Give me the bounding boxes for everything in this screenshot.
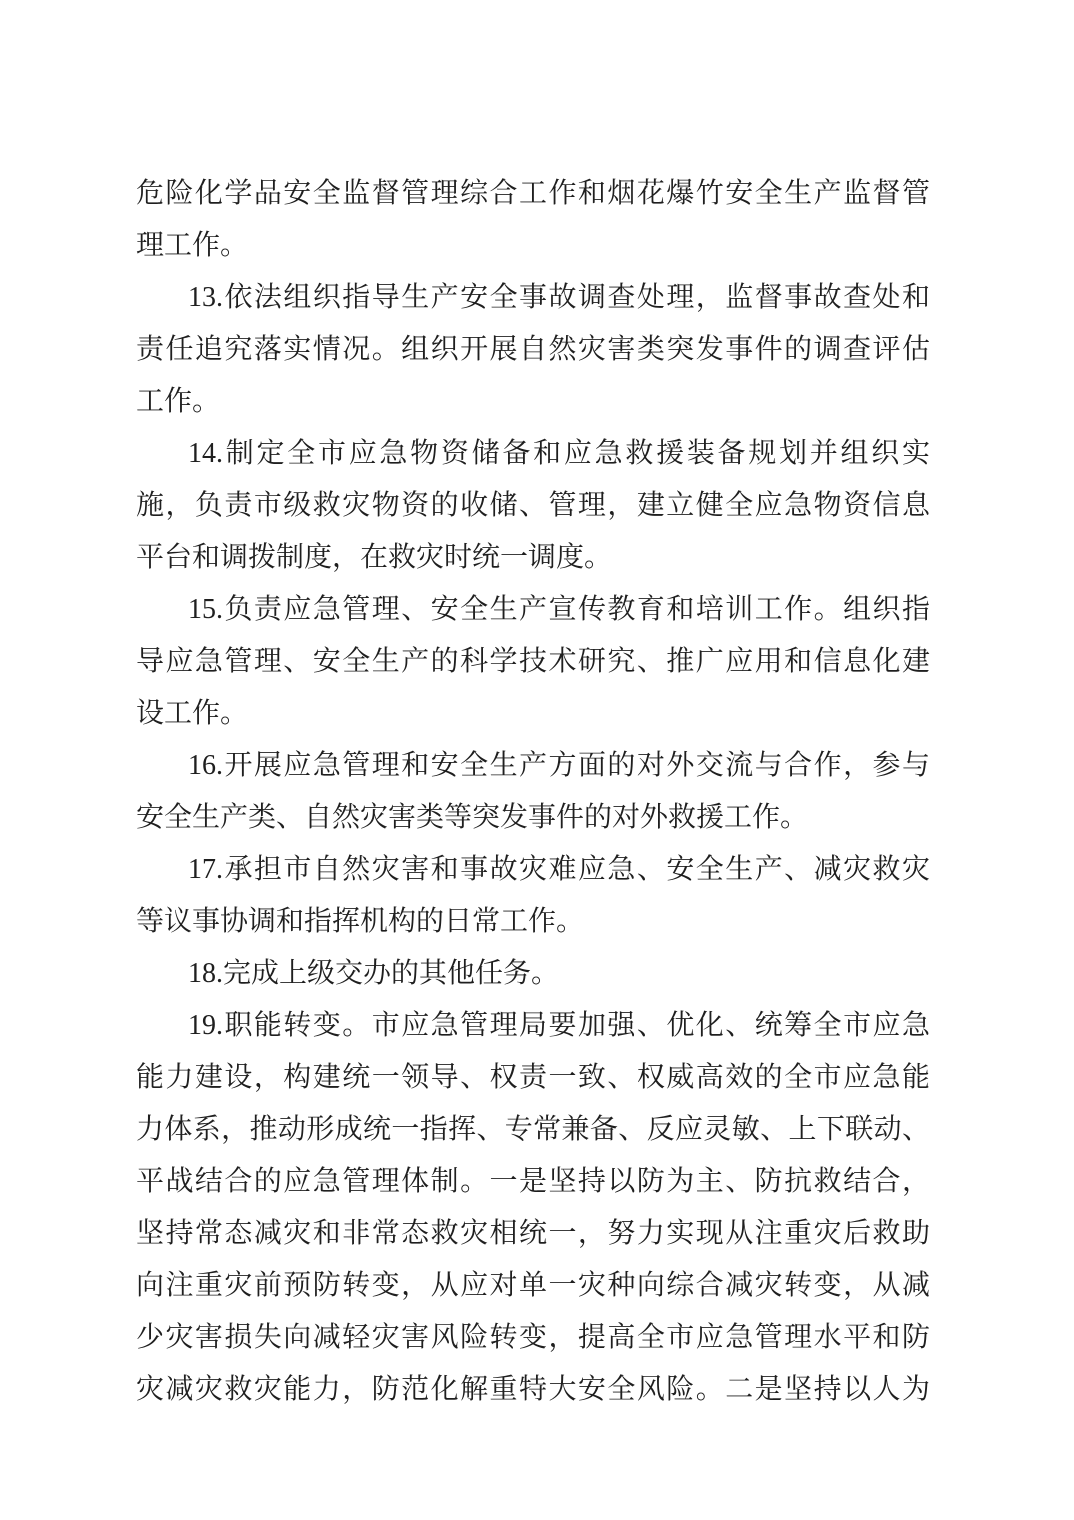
document-line: 工作。	[136, 376, 930, 428]
document-line: 坚持常态减灾和非常态救灾相统一，努力实现从注重灾后救助	[136, 1208, 930, 1260]
document-line: 安全生产类、自然灾害类等突发事件的对外救援工作。	[136, 792, 930, 844]
document-line: 危险化学品安全监督管理综合工作和烟花爆竹安全生产监督管	[136, 168, 930, 220]
document-line: 力体系，推动形成统一指挥、专常兼备、反应灵敏、上下联动、	[136, 1104, 930, 1156]
document-page: 危险化学品安全监督管理综合工作和烟花爆竹安全生产监督管理工作。13.依法组织指导…	[0, 0, 1074, 1520]
document-line: 能力建设，构建统一领导、权责一致、权威高效的全市应急能	[136, 1052, 930, 1104]
document-line: 灾减灾救灾能力，防范化解重特大安全风险。二是坚持以人为	[136, 1364, 930, 1416]
document-line: 13.依法组织指导生产安全事故调查处理，监督事故查处和	[136, 272, 930, 324]
document-line: 平战结合的应急管理体制。一是坚持以防为主、防抗救结合，	[136, 1156, 930, 1208]
document-line: 责任追究落实情况。组织开展自然灾害类突发事件的调查评估	[136, 324, 930, 376]
document-line: 设工作。	[136, 688, 930, 740]
document-line: 等议事协调和指挥机构的日常工作。	[136, 896, 930, 948]
document-line: 少灾害损失向减轻灾害风险转变，提高全市应急管理水平和防	[136, 1312, 930, 1364]
document-line: 17.承担市自然灾害和事故灾难应急、安全生产、减灾救灾	[136, 844, 930, 896]
document-line: 施，负责市级救灾物资的收储、管理，建立健全应急物资信息	[136, 480, 930, 532]
document-line: 16.开展应急管理和安全生产方面的对外交流与合作，参与	[136, 740, 930, 792]
document-line: 15.负责应急管理、安全生产宣传教育和培训工作。组织指	[136, 584, 930, 636]
document-line: 平台和调拨制度，在救灾时统一调度。	[136, 532, 930, 584]
document-line: 导应急管理、安全生产的科学技术研究、推广应用和信息化建	[136, 636, 930, 688]
document-line: 理工作。	[136, 220, 930, 272]
document-line: 19.职能转变。市应急管理局要加强、优化、统筹全市应急	[136, 1000, 930, 1052]
document-body: 危险化学品安全监督管理综合工作和烟花爆竹安全生产监督管理工作。13.依法组织指导…	[136, 168, 930, 1416]
document-line: 14.制定全市应急物资储备和应急救援装备规划并组织实	[136, 428, 930, 480]
document-line: 18.完成上级交办的其他任务。	[136, 948, 930, 1000]
document-line: 向注重灾前预防转变，从应对单一灾种向综合减灾转变，从减	[136, 1260, 930, 1312]
